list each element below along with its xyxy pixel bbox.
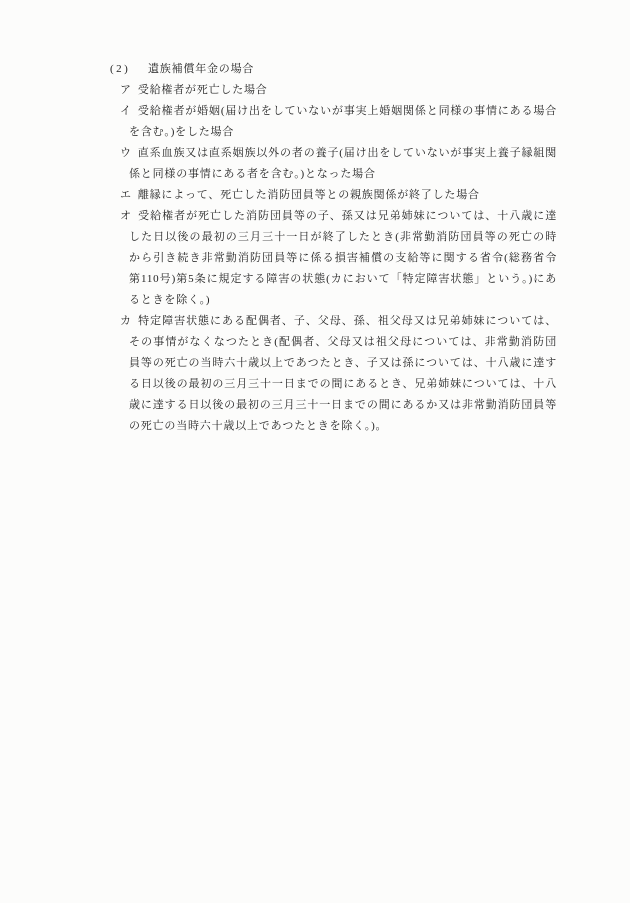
item-text-i: 受給権者が婚姻(届け出をしていないが事実上婚姻関係と同様の事情にある場合を含む。… xyxy=(129,105,557,138)
section-heading: (2)遺族補償年金の場合 xyxy=(110,59,557,80)
item-text-ka: 特定障害状態にある配偶者、子、父母、孫、祖父母又は兄弟姉妹については、その事情が… xyxy=(129,315,557,432)
item-label-i: イ xyxy=(120,105,132,117)
item-label-o: オ xyxy=(120,210,132,222)
list-item-u: ウ直系血族又は直系姻族以外の者の養子(届け出をしていないが事実上養子縁組関係と同… xyxy=(110,143,557,185)
list-item-o: オ受給権者が死亡した消防団員等の子、孫又は兄弟姉妹については、十八歳に達した日以… xyxy=(110,206,557,311)
document-content: (2)遺族補償年金の場合 ア受給権者が死亡した場合 イ受給権者が婚姻(届け出をし… xyxy=(110,59,557,437)
list-item-e: エ離縁によって、死亡した消防団員等との親族関係が終了した場合 xyxy=(110,185,557,206)
item-label-ka: カ xyxy=(120,315,132,327)
document-page: (2)遺族補償年金の場合 ア受給権者が死亡した場合 イ受給権者が婚姻(届け出をし… xyxy=(0,0,630,903)
item-text-a: 受給権者が死亡した場合 xyxy=(138,84,268,96)
item-label-a: ア xyxy=(120,84,132,96)
section-title: 遺族補償年金の場合 xyxy=(148,63,254,75)
list-item-ka: カ特定障害状態にある配偶者、子、父母、孫、祖父母又は兄弟姉妹については、その事情… xyxy=(110,311,557,437)
list-item-a: ア受給権者が死亡した場合 xyxy=(110,80,557,101)
item-text-e: 離縁によって、死亡した消防団員等との親族関係が終了した場合 xyxy=(138,189,480,201)
item-text-u: 直系血族又は直系姻族以外の者の養子(届け出をしていないが事実上養子縁組関係と同様… xyxy=(129,147,557,180)
item-label-u: ウ xyxy=(120,147,132,159)
list-item-i: イ受給権者が婚姻(届け出をしていないが事実上婚姻関係と同様の事情にある場合を含む… xyxy=(110,101,557,143)
item-label-e: エ xyxy=(120,189,132,201)
section-number: (2) xyxy=(110,59,148,80)
item-text-o: 受給権者が死亡した消防団員等の子、孫又は兄弟姉妹については、十八歳に達した日以後… xyxy=(129,210,557,306)
